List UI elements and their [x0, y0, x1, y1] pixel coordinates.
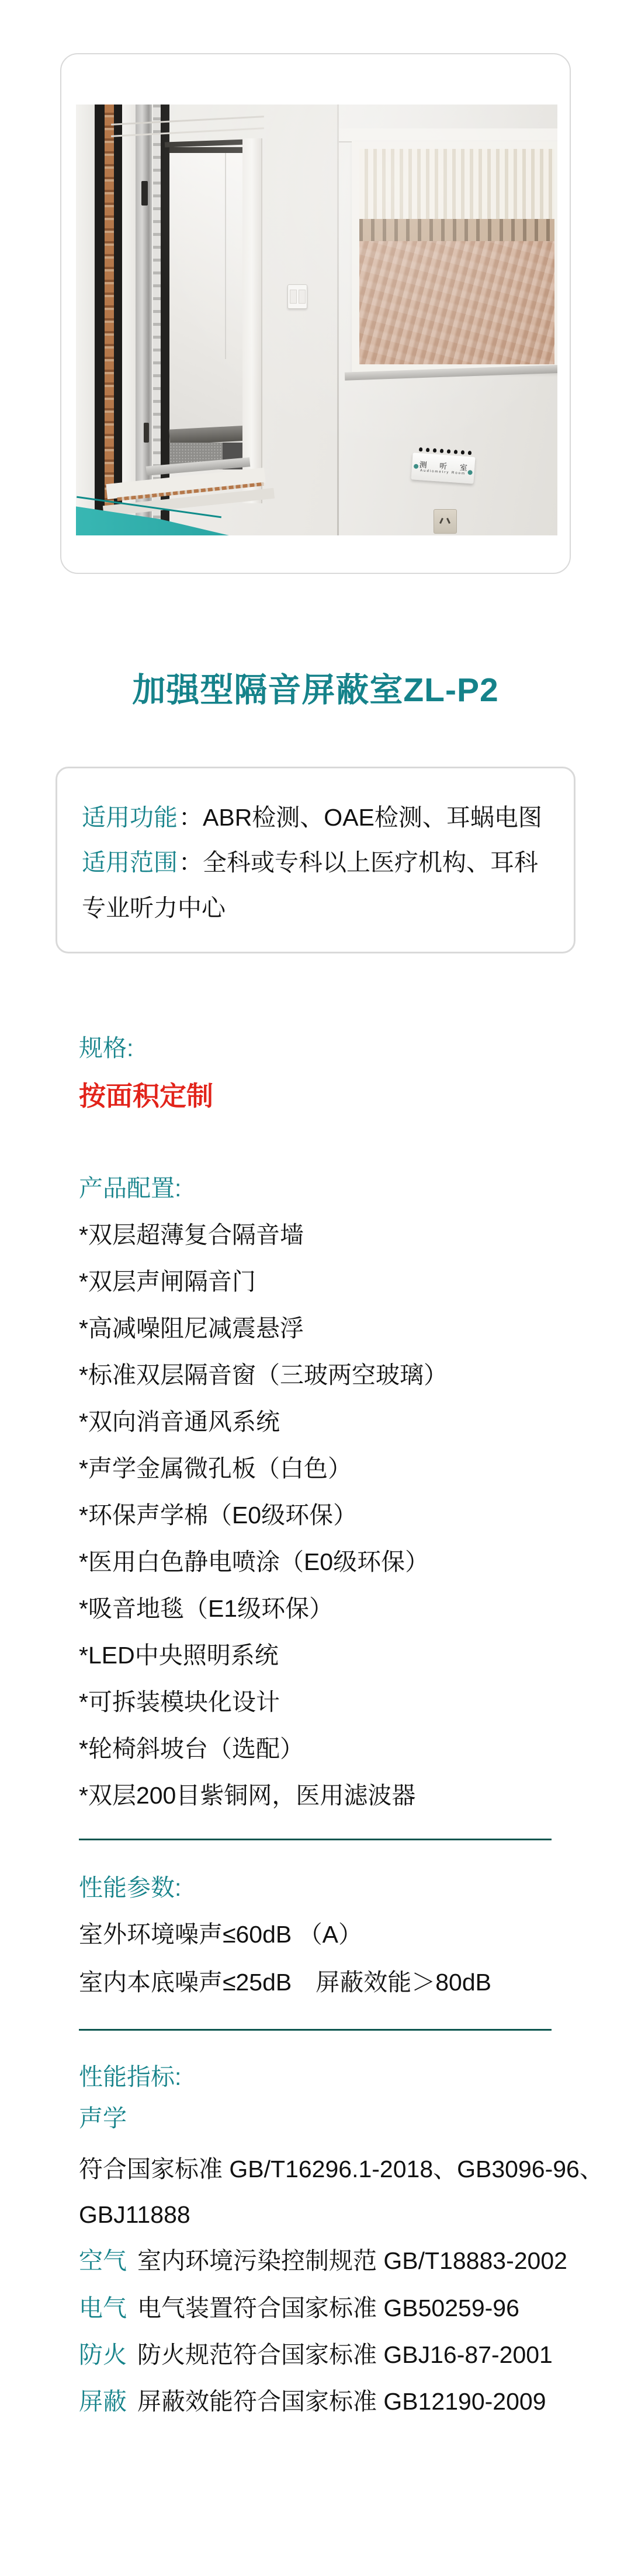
product-page: 测 听 室 Audiometry Room 加强型隔音屏蔽室ZL-P2 适用功能…	[0, 0, 631, 2576]
config-item: *可拆装模块化设计	[79, 1686, 280, 1718]
applicable-function-label: 适用功能	[82, 801, 178, 834]
section-divider	[79, 1839, 552, 1840]
applicable-scope-label: 适用范围	[82, 846, 178, 879]
config-item: *声学金属微孔板（白色）	[79, 1452, 352, 1485]
config-item: *医用白色静电喷涂（E0级环保）	[79, 1545, 429, 1578]
config-item: *高减噪阻尼减震悬浮	[79, 1312, 304, 1345]
indicator-text-fire: 防火规范符合国家标准 GBJ16-87-2001	[137, 2338, 553, 2371]
photo-light-overlay	[76, 105, 557, 535]
config-item: *吸音地毯（E1级环保）	[79, 1592, 333, 1625]
applicable-scope-text: ：全科或专科以上医疗机构、耳科	[179, 846, 538, 879]
spec-value: 按面积定制	[79, 1078, 213, 1113]
acoustic-standards-line: GBJ11888	[79, 2198, 190, 2231]
config-heading: 产品配置:	[79, 1172, 181, 1205]
indicator-row-electrical: 电气 电气装置符合国家标准 GB50259-96	[79, 2292, 519, 2324]
config-item: *轮椅斜坡台（选配）	[79, 1732, 304, 1765]
performance-line: 室外环境噪声≤60dB （A）	[79, 1918, 362, 1951]
indicator-label-electrical: 电气	[79, 2292, 127, 2324]
acoustic-standards-line: 符合国家标准 GB/T16296.1-2018、GB3096-96、	[79, 2153, 604, 2185]
config-item: *双层声闸隔音门	[79, 1265, 256, 1298]
product-photo-card: 测 听 室 Audiometry Room	[60, 53, 571, 574]
indicator-row-fire: 防火 防火规范符合国家标准 GBJ16-87-2001	[79, 2338, 553, 2371]
product-photo: 测 听 室 Audiometry Room	[76, 105, 557, 535]
indicator-label-air: 空气	[79, 2244, 127, 2277]
indicator-row-shielding: 屏蔽 屏蔽效能符合国家标准 GB12190-2009	[79, 2385, 546, 2418]
spec-heading: 规格:	[79, 1032, 133, 1064]
applicable-function-row: 适用功能 ：ABR检测、OAE检测、耳蜗电图	[82, 801, 542, 834]
indicator-row-air: 空气 室内环境污染控制规范 GB/T18883-2002	[79, 2244, 567, 2277]
config-item: *双向消音通风系统	[79, 1405, 280, 1438]
page-title: 加强型隔音屏蔽室ZL-P2	[0, 663, 631, 711]
applicable-function-text: ：ABR检测、OAE检测、耳蜗电图	[179, 801, 542, 834]
indicator-text-air: 室内环境污染控制规范 GB/T18883-2002	[137, 2244, 567, 2277]
section-divider	[79, 2029, 552, 2031]
applicable-scope-row: 适用范围 ：全科或专科以上医疗机构、耳科	[82, 846, 538, 879]
config-item: *标准双层隔音窗（三玻两空玻璃）	[79, 1359, 448, 1391]
applicable-scope-continuation: 专业听力中心	[82, 892, 226, 924]
performance-line: 室内本底噪声≤25dB 屏蔽效能＞80dB	[79, 1966, 491, 1999]
config-item: *LED中央照明系统	[79, 1639, 279, 1672]
indicators-heading: 性能指标:	[79, 2060, 181, 2093]
indicator-label-fire: 防火	[79, 2338, 127, 2371]
indicator-label-shielding: 屏蔽	[79, 2385, 127, 2418]
config-item: *双层超薄复合隔音墙	[79, 1219, 304, 1251]
performance-heading: 性能参数:	[79, 1871, 181, 1904]
indicator-text-electrical: 电气装置符合国家标准 GB50259-96	[137, 2292, 519, 2324]
config-item: *环保声学棉（E0级环保）	[79, 1499, 357, 1531]
acoustic-label: 声学	[79, 2102, 127, 2135]
config-item: *双层200目紫铜网，医用滤波器	[79, 1779, 415, 1812]
indicator-text-shielding: 屏蔽效能符合国家标准 GB12190-2009	[137, 2385, 546, 2418]
